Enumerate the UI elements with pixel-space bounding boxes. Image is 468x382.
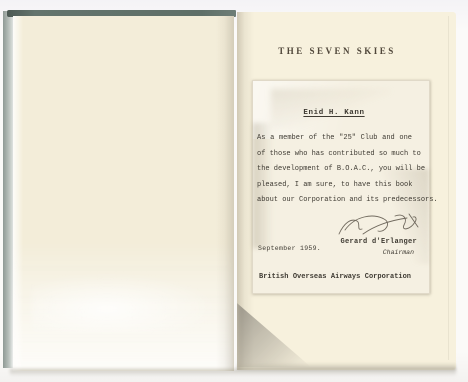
organisation-name: British Overseas Airways Corporation bbox=[259, 273, 411, 281]
right-half-title-page: THE SEVEN SKIES Enid H. Kann As a member… bbox=[237, 12, 456, 370]
letter-body-line: of those who has contributed so much to bbox=[257, 147, 412, 163]
handwritten-signature-icon bbox=[335, 211, 423, 241]
book-drop-shadow bbox=[10, 369, 456, 376]
letter-body-line: the development of B.O.A.C., you will be bbox=[257, 162, 412, 178]
signatory-title: Chairman bbox=[383, 249, 414, 256]
page-sheen bbox=[31, 273, 221, 333]
signatory-name: Gerard d'Erlanger bbox=[340, 238, 417, 246]
gutter-shadow bbox=[216, 16, 234, 371]
letter-body-text: As a member of the "25" Club and one of … bbox=[257, 131, 412, 209]
letter-body-line: pleased, I am sure, to have this book bbox=[257, 178, 412, 194]
letter-body-line: about our Corporation and its predecesso… bbox=[257, 193, 412, 209]
book-scan-photo: THE SEVEN SKIES Enid H. Kann As a member… bbox=[0, 0, 468, 382]
tipped-in-presentation-letter: Enid H. Kann As a member of the "25" Clu… bbox=[252, 80, 430, 294]
left-endpaper-page bbox=[13, 16, 234, 371]
book-half-title: THE SEVEN SKIES bbox=[237, 46, 437, 56]
letter-body-line: As a member of the "25" Club and one bbox=[257, 131, 412, 147]
page-edge-line bbox=[448, 16, 449, 360]
letter-date: September 1959. bbox=[258, 245, 321, 252]
recipient-name: Enid H. Kann bbox=[253, 109, 415, 117]
